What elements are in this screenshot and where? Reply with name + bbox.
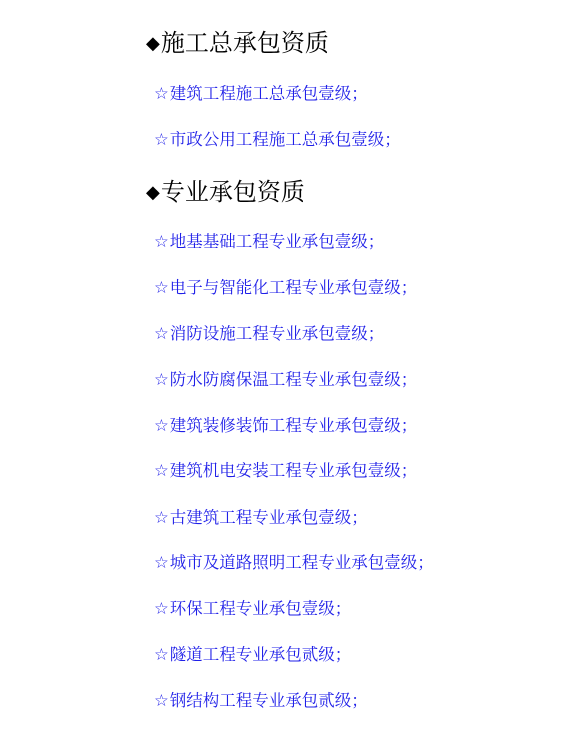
star-bullet-icon: ☆ [154,416,169,435]
section-title: 施工总承包资质 [161,29,329,57]
section-title: 专业承包资质 [161,178,305,206]
list-item: ☆地基基础工程专业承包壹级； [154,231,384,253]
star-bullet-icon: ☆ [154,232,169,251]
list-item: ☆城市及道路照明工程专业承包壹级； [154,552,434,574]
star-bullet-icon: ☆ [154,324,169,343]
list-item-text: 钢结构工程专业承包贰级； [170,691,368,710]
list-item-text: 地基基础工程专业承包壹级； [170,232,385,251]
diamond-bullet-icon: ◆ [146,182,160,203]
list-item: ☆建筑装修装饰工程专业承包壹级； [154,415,417,437]
star-bullet-icon: ☆ [154,645,169,664]
section-heading-general-contracting: ◆施工总承包资质 [146,28,329,61]
list-item: ☆环保工程专业承包壹级； [154,598,351,620]
star-bullet-icon: ☆ [154,84,169,103]
list-item-text: 电子与智能化工程专业承包壹级； [170,278,418,297]
list-item-text: 建筑机电安装工程专业承包壹级； [170,461,418,480]
section-heading-specialty-contracting: ◆专业承包资质 [146,177,305,210]
list-item-text: 环保工程专业承包壹级； [170,599,352,618]
list-item: ☆建筑工程施工总承包壹级； [154,83,368,105]
list-item-text: 古建筑工程专业承包壹级； [170,508,368,527]
star-bullet-icon: ☆ [154,370,169,389]
list-item-text: 消防设施工程专业承包壹级； [170,324,385,343]
list-item: ☆隧道工程专业承包贰级； [154,644,351,666]
list-item: ☆市政公用工程施工总承包壹级； [154,129,401,151]
list-item-text: 市政公用工程施工总承包壹级； [170,130,401,149]
star-bullet-icon: ☆ [154,599,169,618]
star-bullet-icon: ☆ [154,278,169,297]
list-item: ☆电子与智能化工程专业承包壹级； [154,277,417,299]
list-item-text: 防水防腐保温工程专业承包壹级； [170,370,418,389]
star-bullet-icon: ☆ [154,130,169,149]
list-item-text: 城市及道路照明工程专业承包壹级； [170,553,434,572]
list-item: ☆建筑机电安装工程专业承包壹级； [154,460,417,482]
list-item-text: 建筑装修装饰工程专业承包壹级； [170,416,418,435]
list-item-text: 建筑工程施工总承包壹级； [170,84,368,103]
list-item: ☆防水防腐保温工程专业承包壹级； [154,369,417,391]
list-item: ☆古建筑工程专业承包壹级； [154,507,368,529]
diamond-bullet-icon: ◆ [146,33,160,54]
list-item: ☆消防设施工程专业承包壹级； [154,323,384,345]
star-bullet-icon: ☆ [154,691,169,710]
star-bullet-icon: ☆ [154,508,169,527]
star-bullet-icon: ☆ [154,461,169,480]
list-item: ☆钢结构工程专业承包贰级； [154,690,368,712]
list-item-text: 隧道工程专业承包贰级； [170,645,352,664]
star-bullet-icon: ☆ [154,553,169,572]
